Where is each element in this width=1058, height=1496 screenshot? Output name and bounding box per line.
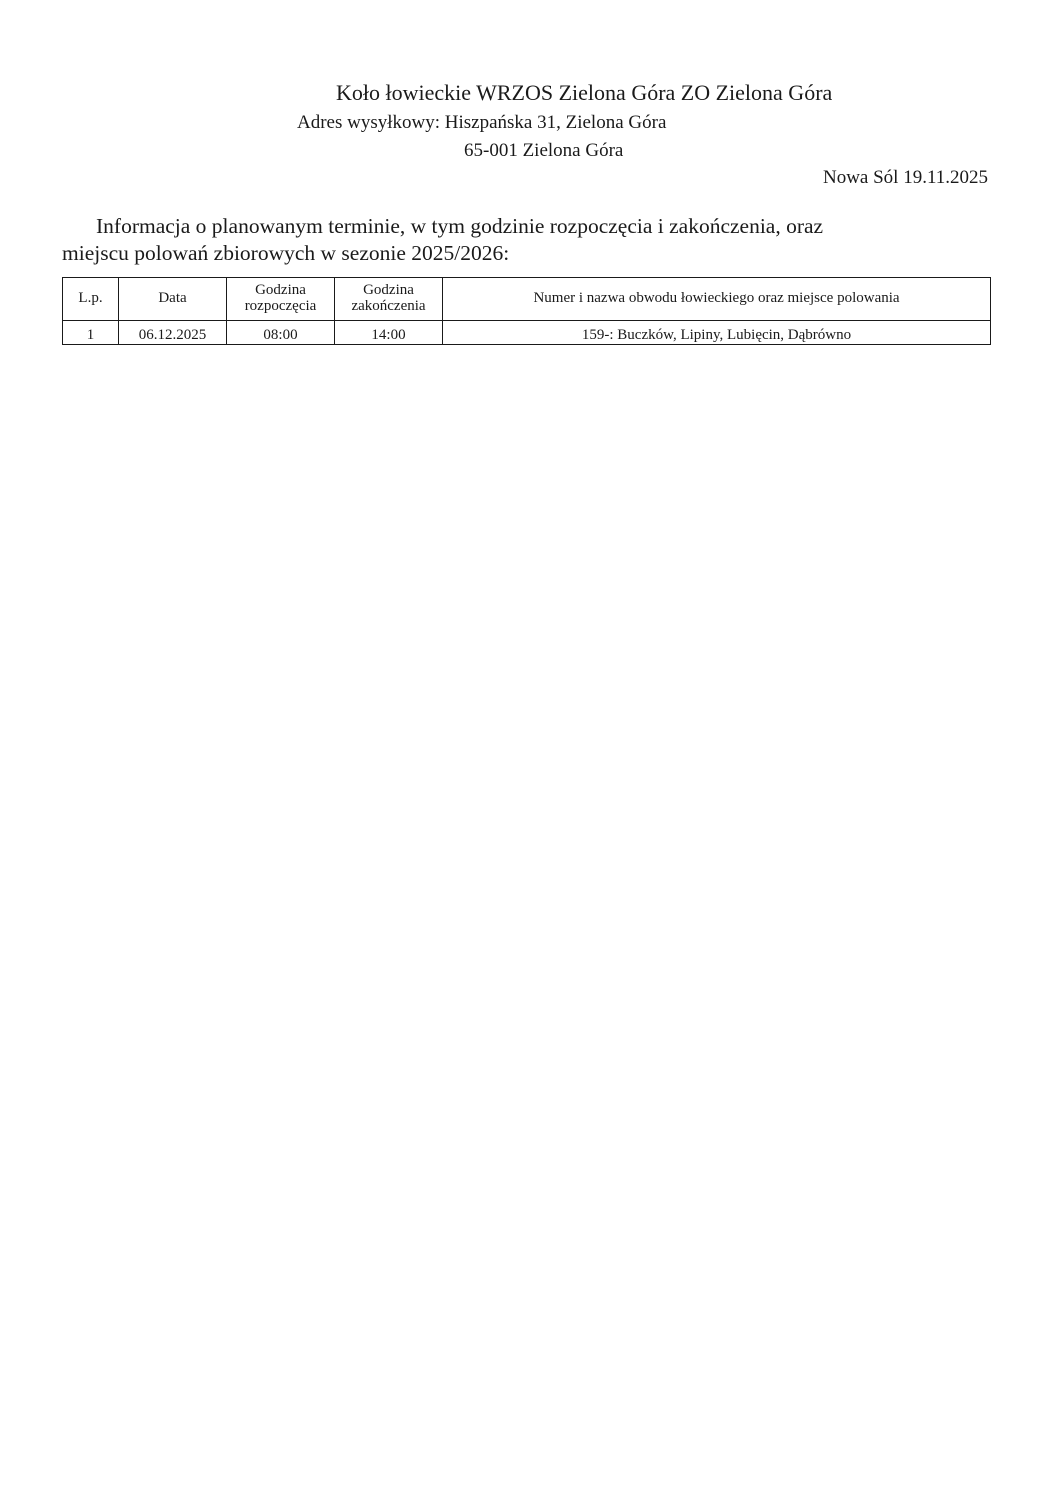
intro-line-1: Informacja o planowanym terminie, w tym …	[96, 214, 823, 238]
header-start-line-1: Godzina	[255, 282, 306, 298]
intro-line-2: miejscu polowań zbiorowych w sezonie 202…	[62, 241, 509, 265]
place-and-date: Nowa Sól 19.11.2025	[823, 168, 988, 187]
header-start-line-2: rozpoczęcia	[245, 298, 317, 314]
mailing-address: Adres wysyłkowy: Hiszpańska 31, Zielona …	[297, 113, 666, 132]
header-end-line-2: zakończenia	[351, 298, 425, 314]
intro-paragraph: Informacja o planowanym terminie, w tym …	[62, 213, 962, 267]
cell-end-time: 14:00	[335, 321, 443, 345]
address-street: Hiszpańska 31, Zielona Góra	[445, 112, 667, 133]
header-end-time: Godzina zakończenia	[335, 278, 443, 321]
header-end-line-1: Godzina	[363, 282, 414, 298]
cell-location: 159-: Buczków, Lipiny, Lubięcin, Dąbrówn…	[443, 321, 991, 345]
header-start-time: Godzina rozpoczęcia	[227, 278, 335, 321]
header-lp: L.p.	[63, 278, 119, 321]
header-date: Data	[119, 278, 227, 321]
cell-date: 06.12.2025	[119, 321, 227, 345]
table-row: 1 06.12.2025 08:00 14:00 159-: Buczków, …	[63, 321, 991, 345]
hunt-schedule-table: L.p. Data Godzina rozpoczęcia Godzina za…	[62, 277, 991, 345]
cell-start-time: 08:00	[227, 321, 335, 345]
organization-name: Koło łowieckie WRZOS Zielona Góra ZO Zie…	[336, 82, 832, 104]
header-location: Numer i nazwa obwodu łowieckiego oraz mi…	[443, 278, 991, 321]
postal-address: 65-001 Zielona Góra	[464, 141, 623, 160]
cell-lp: 1	[63, 321, 119, 345]
address-label: Adres wysyłkowy:	[297, 112, 440, 133]
table-header-row: L.p. Data Godzina rozpoczęcia Godzina za…	[63, 278, 991, 321]
